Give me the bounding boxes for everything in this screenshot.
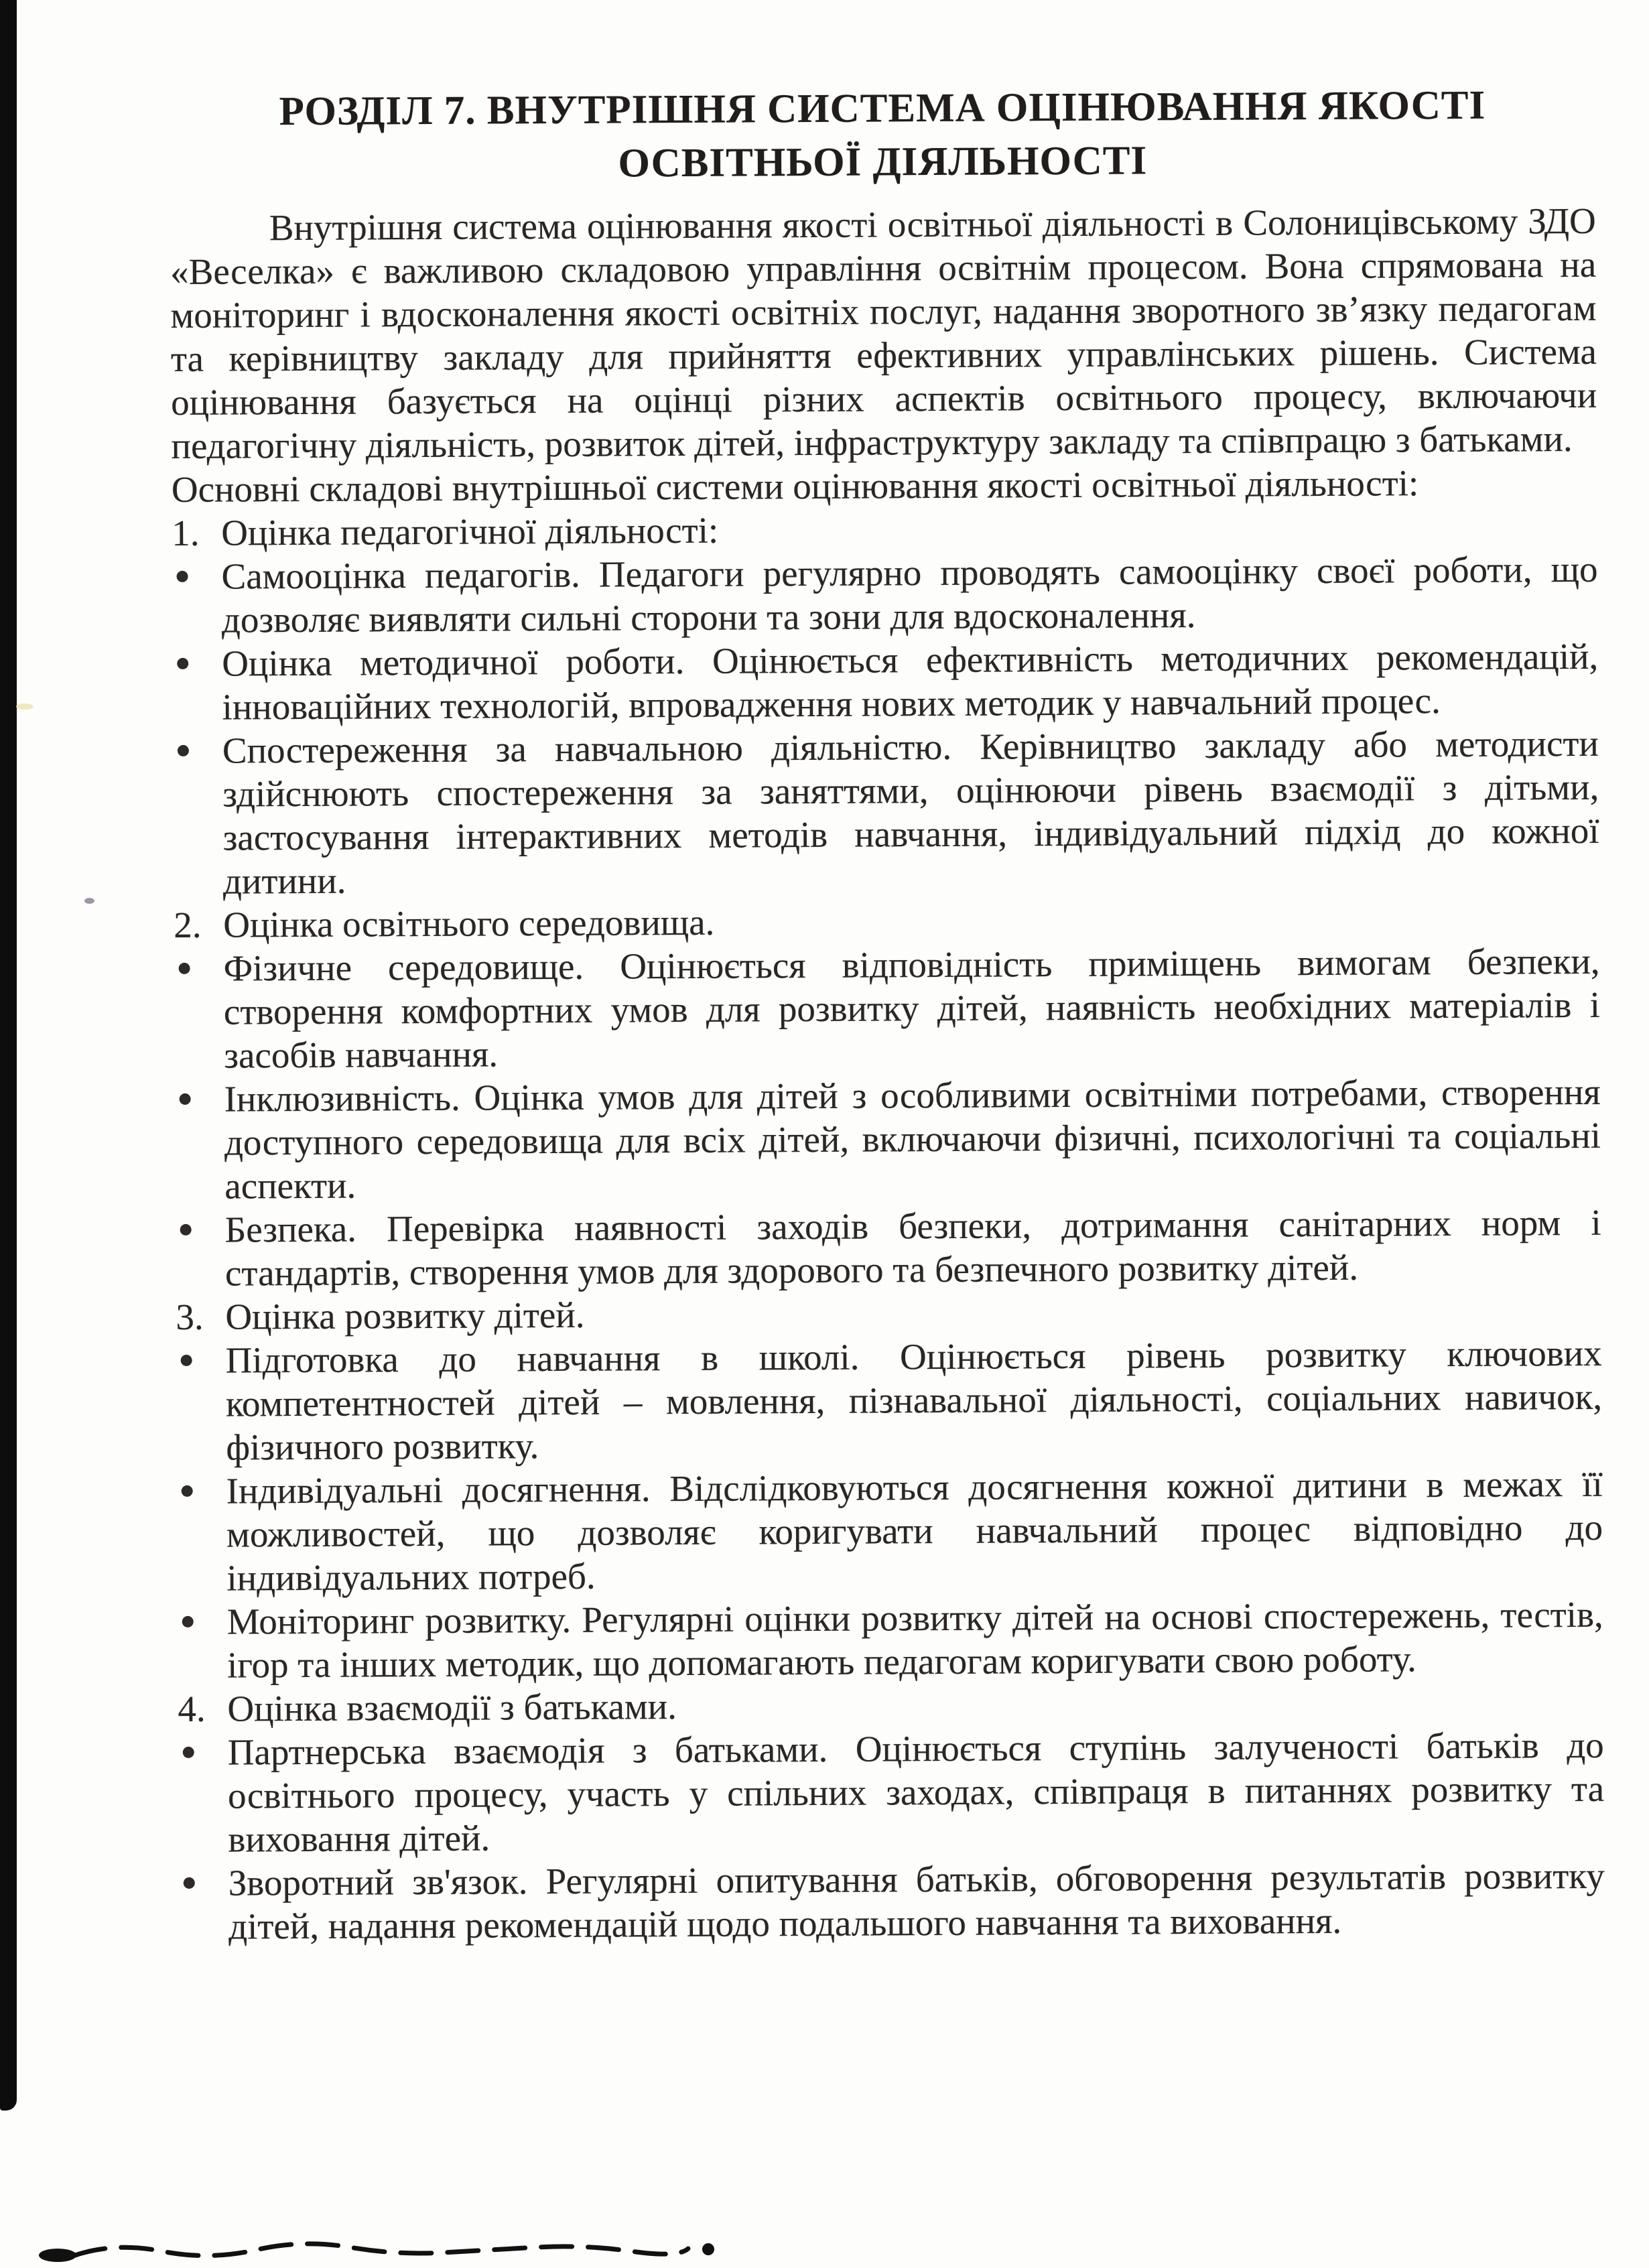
section-number: 1. xyxy=(172,511,200,555)
section-title: Оцінка взаємодії з батьками. xyxy=(227,1680,1603,1731)
section-heading: 3. Оцінка розвитку дітей. xyxy=(176,1288,1601,1339)
bullet-icon xyxy=(182,1485,193,1497)
components-heading: Основні складові внутрішньої системи оці… xyxy=(172,460,1597,511)
scan-edge-artifact xyxy=(0,0,17,2111)
section-heading: 2. Оцінка освітнього середовища. xyxy=(174,896,1599,947)
scan-speck-dark xyxy=(84,898,94,904)
document-content: РОЗДІЛ 7. ВНУТРІШНЯ СИСТЕМА ОЦІНЮВАННЯ Я… xyxy=(170,78,1605,1948)
bullet-icon xyxy=(183,1747,194,1758)
bullet-text: Самооцінка педагогів. Педагоги регулярно… xyxy=(221,547,1598,642)
list-item: Самооцінка педагогів. Педагоги регулярно… xyxy=(172,547,1598,642)
bullet-text: Інклюзивність. Оцінка умов для дітей з о… xyxy=(224,1070,1601,1208)
bullet-text: Безпека. Перевірка наявності заходів без… xyxy=(224,1201,1601,1295)
section-title: Оцінка освітнього середовища. xyxy=(223,896,1599,947)
bullet-text: Підготовка до навчання в школі. Оцінюєть… xyxy=(226,1331,1603,1469)
bullet-text: Партнерська взаємодія з батьками. Оцінює… xyxy=(228,1723,1605,1861)
list-item: Зворотний зв'язок. Регулярні опитування … xyxy=(179,1854,1605,1948)
list-item: Спостереження за навчальною діяльністю. … xyxy=(173,722,1599,903)
scanned-document-page: РОЗДІЛ 7. ВНУТРІШНЯ СИСТЕМА ОЦІНЮВАННЯ Я… xyxy=(0,0,1649,2268)
bullet-icon xyxy=(180,1093,191,1105)
bullet-icon xyxy=(177,571,188,582)
bullet-text: Фізичне середовище. Оцінюється відповідн… xyxy=(223,939,1600,1077)
list-item: Моніторинг розвитку. Регулярні оцінки ро… xyxy=(178,1593,1604,1687)
bullet-text: Моніторинг розвитку. Регулярні оцінки ро… xyxy=(227,1593,1604,1687)
bullet-text: Оцінка методичної роботи. Оцінюється ефе… xyxy=(222,635,1599,729)
bullet-icon xyxy=(184,1877,195,1889)
bullet-icon xyxy=(182,1616,194,1627)
bullet-text: Індивідуальні досягнення. Відслідковують… xyxy=(226,1462,1603,1600)
list-item: Фізичне середовище. Оцінюється відповідн… xyxy=(174,939,1600,1077)
document-title-line1: РОЗДІЛ 7. ВНУТРІШНЯ СИСТЕМА ОЦІНЮВАННЯ Я… xyxy=(170,78,1595,139)
section-heading: 4. Оцінка взаємодії з батьками. xyxy=(178,1680,1603,1731)
intro-paragraph: Внутрішня система оцінювання якості осві… xyxy=(170,199,1597,468)
list-item: Індивідуальні досягнення. Відслідковують… xyxy=(177,1462,1603,1600)
list-item: Партнерська взаємодія з батьками. Оцінює… xyxy=(178,1723,1605,1861)
bullet-text: Зворотний зв'язок. Регулярні опитування … xyxy=(228,1854,1605,1948)
sections-container: 1. Оцінка педагогічної діяльності: Самоо… xyxy=(172,504,1605,1948)
bullet-icon xyxy=(177,658,188,669)
list-item: Підготовка до навчання в школі. Оцінюєть… xyxy=(176,1331,1603,1469)
list-item: Оцінка методичної роботи. Оцінюється ефе… xyxy=(172,635,1599,729)
bullet-icon xyxy=(179,963,190,974)
document-title-line2: ОСВІТНЬОЇ ДІЯЛЬНОСТІ xyxy=(170,132,1595,193)
list-item: Безпека. Перевірка наявності заходів без… xyxy=(175,1201,1601,1295)
section-title: Оцінка педагогічної діяльності: xyxy=(221,504,1597,555)
bullet-icon xyxy=(181,1355,192,1366)
list-item: Інклюзивність. Оцінка умов для дітей з о… xyxy=(174,1070,1601,1208)
bullet-icon xyxy=(180,1224,192,1236)
bullet-icon xyxy=(178,745,189,756)
scan-speck-yellow xyxy=(16,704,34,710)
bullet-text: Спостереження за навчальною діяльністю. … xyxy=(222,722,1599,903)
section-number: 4. xyxy=(178,1687,206,1731)
section-title: Оцінка розвитку дітей. xyxy=(225,1288,1601,1339)
scan-bottom-artifact xyxy=(35,2232,725,2268)
document-title: РОЗДІЛ 7. ВНУТРІШНЯ СИСТЕМА ОЦІНЮВАННЯ Я… xyxy=(170,78,1596,193)
section-number: 2. xyxy=(174,903,202,947)
section-heading: 1. Оцінка педагогічної діяльності: xyxy=(172,504,1597,555)
section-number: 3. xyxy=(176,1295,204,1339)
